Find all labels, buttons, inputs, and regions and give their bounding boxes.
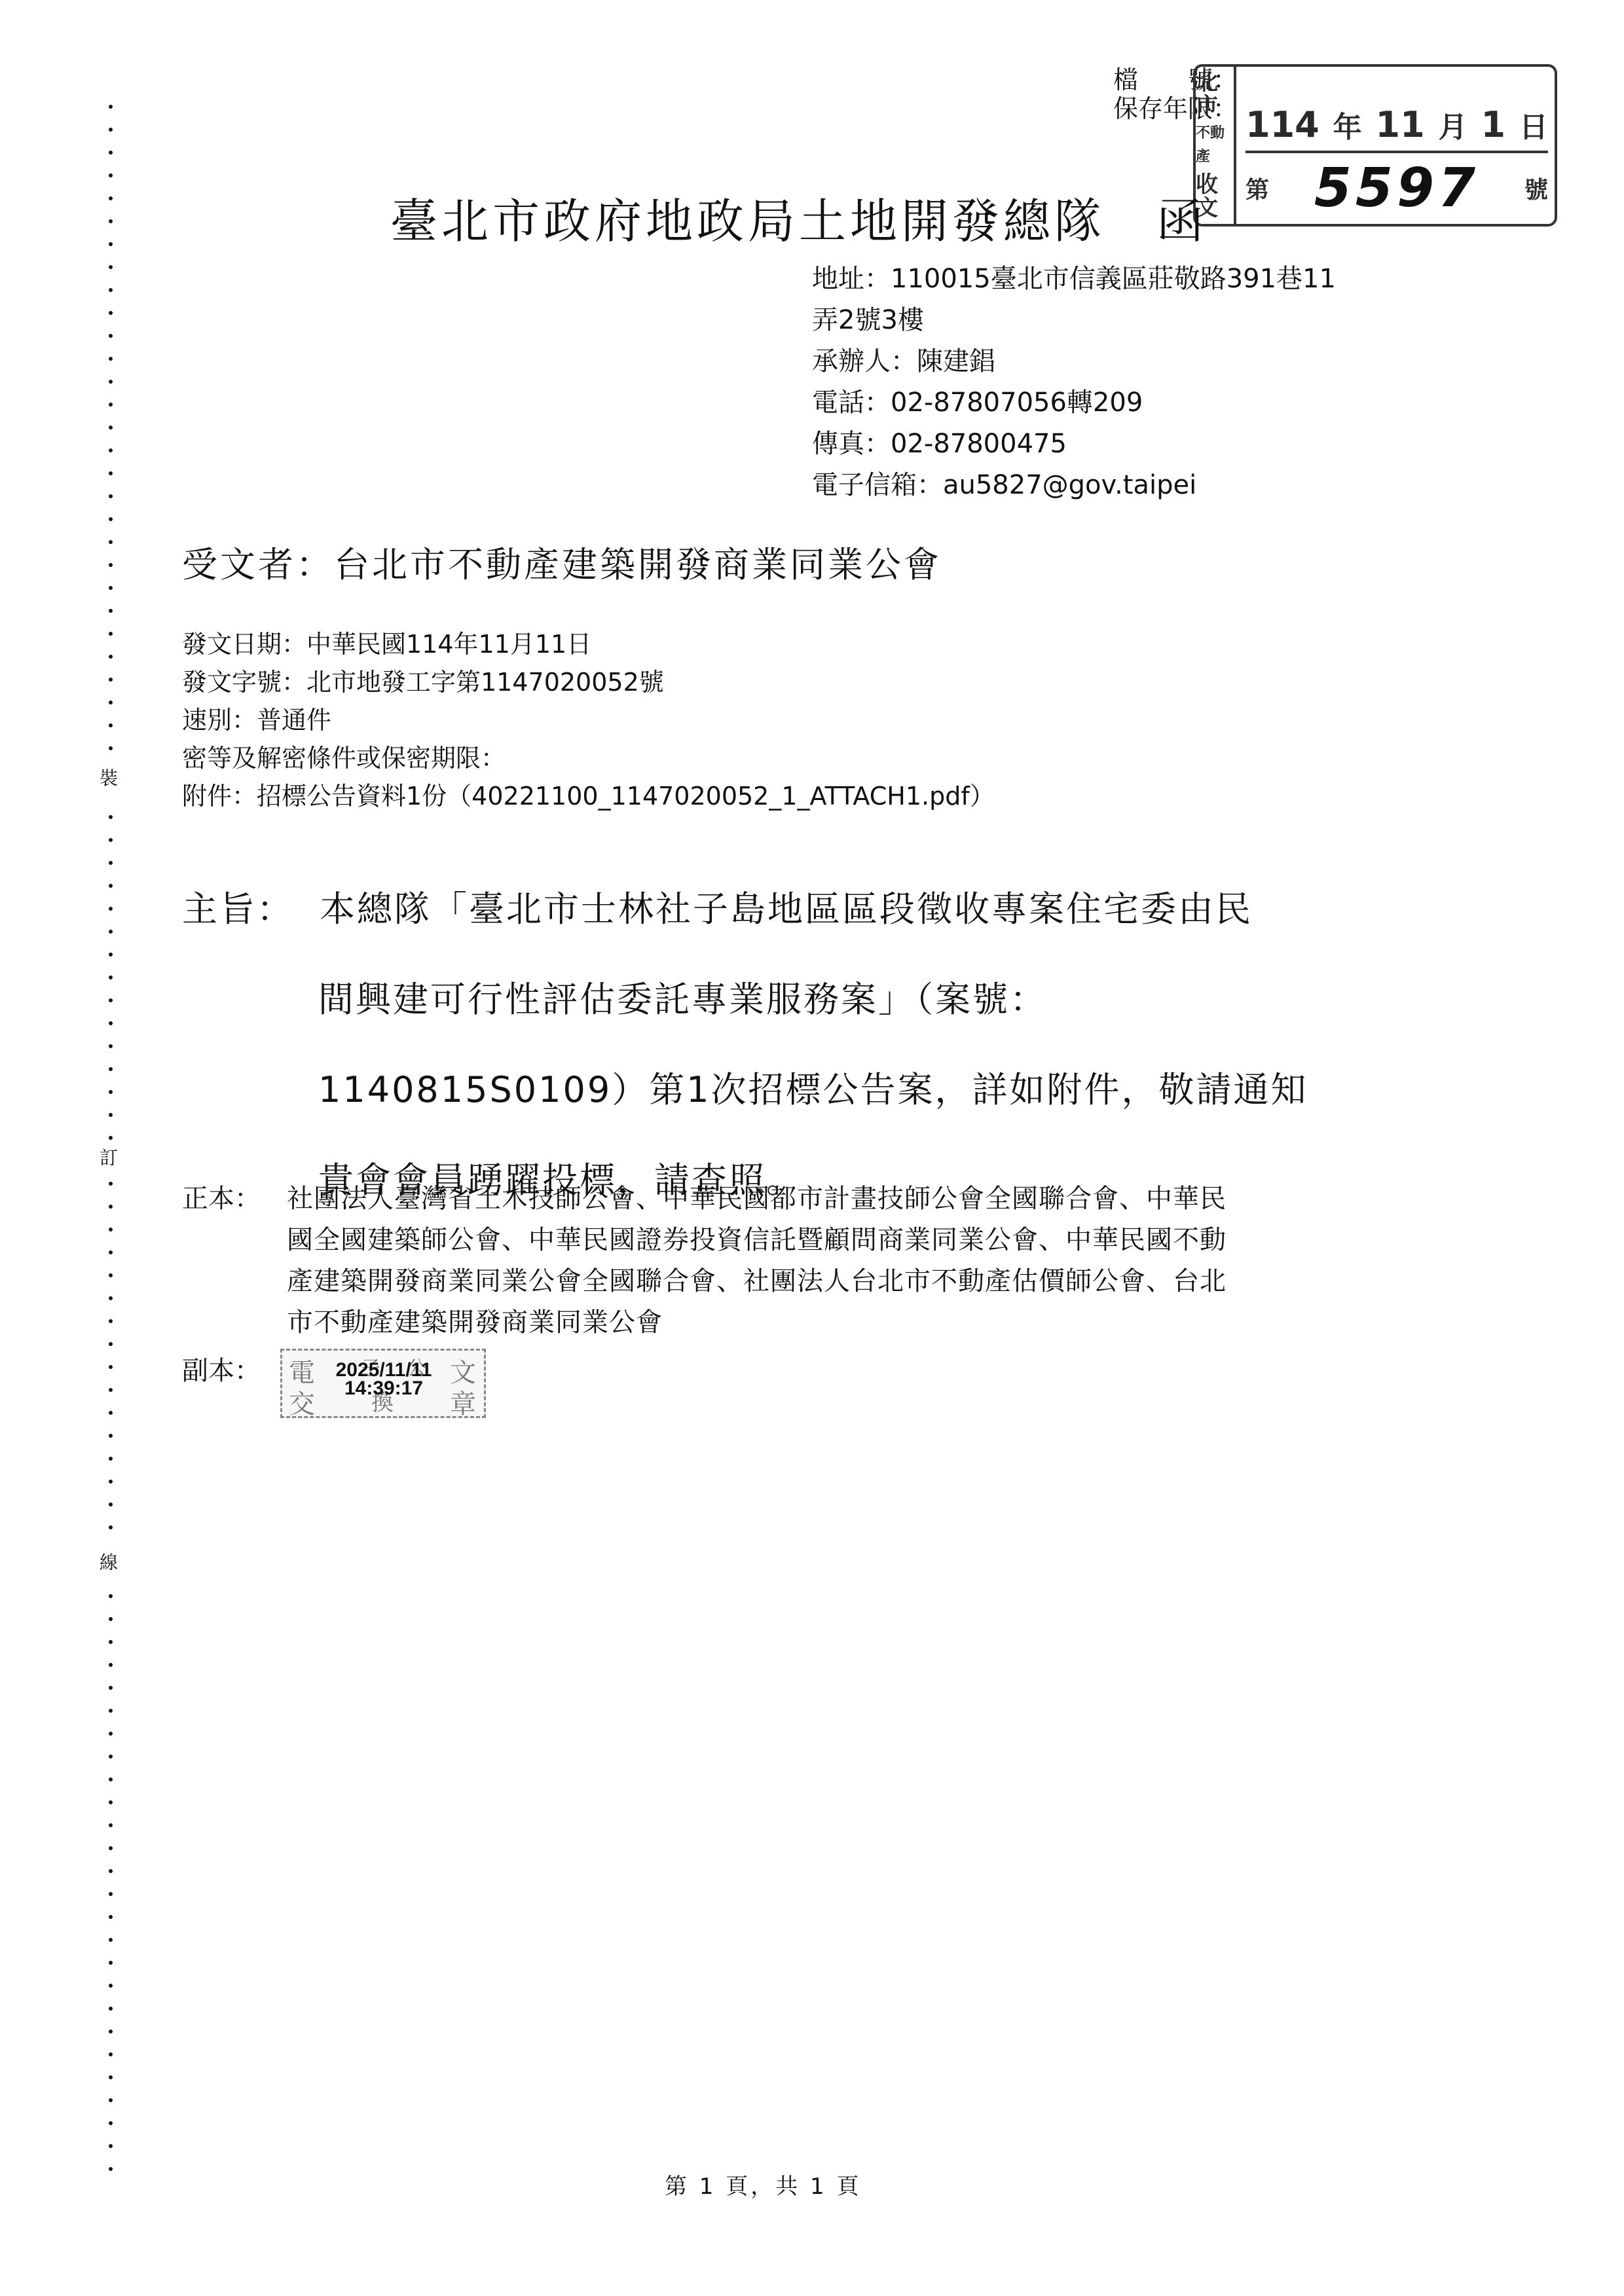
stamp-day-unit: 日 (1519, 103, 1548, 145)
binding-char-xian: 線 (100, 1552, 118, 1574)
stamp-handwritten-number: 5597 (1314, 157, 1479, 219)
stamp-timestamp: 2025/11/11 14:39:17 (328, 1361, 439, 1398)
document-title: 臺北市政府地政局土地開發總隊 函 (390, 183, 1208, 251)
binding-dot (109, 288, 113, 292)
stamp-day: 1 (1481, 104, 1506, 145)
binding-dot (109, 1961, 113, 1965)
fax: 傳真：02-87800475 (812, 424, 1336, 465)
binding-dot (109, 2007, 113, 2011)
speed-category: 速別：普通件 (182, 701, 995, 739)
binding-dot (109, 2030, 113, 2033)
binding-dot (109, 815, 113, 819)
binding-dot (109, 723, 113, 727)
binding-dot (109, 655, 113, 659)
binding-dot (109, 1113, 113, 1117)
page-number: 第 1 頁，共 1 頁 (665, 2168, 862, 2200)
address-line-1: 地址：110015臺北市信義區莊敬路391巷11 (812, 259, 1336, 300)
binding-char-ding: 訂 (100, 1147, 118, 1169)
binding-char-zhuang: 裝 (100, 767, 118, 790)
binding-dot (109, 1617, 113, 1621)
binding-dot (109, 1938, 113, 1942)
binding-dot (109, 1250, 113, 1254)
stamp-year-unit: 年 (1333, 103, 1362, 145)
binding-dot (109, 746, 113, 750)
issue-date: 發文日期：中華民國114年11月11日 (182, 625, 995, 663)
secrecy-level: 密等及解密條件或保密期限： (182, 739, 995, 777)
receipt-stamp: 北市 不動產 收文 114 年 11 月 1 日 第 5597 號 (1193, 64, 1557, 227)
subject-line: 本總隊「臺北市士林社子島地區區段徵收專案住宅委由民 (320, 864, 1253, 955)
binding-dot (109, 2144, 113, 2148)
binding-dot (109, 1021, 113, 1025)
e-document-exchange-stamp: 電 子 公 文 交 換 章 2025/11/11 14:39:17 (280, 1349, 486, 1418)
binding-dot (109, 1182, 113, 1186)
stamp-month-unit: 月 (1439, 103, 1467, 145)
binding-dot (109, 838, 113, 842)
binding-dot (109, 1663, 113, 1667)
binding-dot (109, 1846, 113, 1850)
binding-dot (109, 1800, 113, 1804)
stamp-org-top: 北市 (1196, 71, 1234, 118)
binding-dot (109, 219, 113, 223)
binding-dot (109, 1869, 113, 1873)
binding-dot (109, 586, 113, 590)
stamp-date: 2025/11/11 (328, 1361, 439, 1379)
stamp-time: 14:39:17 (328, 1379, 439, 1398)
document-meta: 發文日期：中華民國114年11月11日 發文字號：北市地發工字第11470200… (182, 625, 995, 815)
binding-dot (109, 448, 113, 452)
original-label: 正本： (182, 1178, 261, 1220)
binding-dot (109, 1755, 113, 1758)
stamp-date: 114 年 11 月 1 日 (1246, 86, 1548, 153)
stamp-org-mid: 不動產 (1196, 122, 1234, 169)
binding-dot (109, 128, 113, 132)
binding-dot (109, 2167, 113, 2171)
binding-dot (109, 907, 113, 911)
binding-dot (109, 540, 113, 544)
binding-dot (109, 105, 113, 109)
binding-dot (109, 1365, 113, 1369)
binding-dot (109, 1457, 113, 1461)
binding-dot (109, 2121, 113, 2125)
binding-dot (109, 998, 113, 1002)
binding-dot (109, 1480, 113, 1484)
original-recipients-line: 產建築開發商業同業公會全國聯合會、社團法人台北市不動產估價師公會、台北 (287, 1261, 1227, 1302)
binding-dot (109, 1777, 113, 1781)
binding-dot (109, 1892, 113, 1896)
stamp-char: 章 (450, 1383, 476, 1421)
binding-dot (109, 563, 113, 567)
binding-dot (109, 884, 113, 888)
binding-dot (109, 678, 113, 682)
document-number: 發文字號：北市地發工字第1147020052號 (182, 663, 995, 701)
binding-dot (109, 1525, 113, 1529)
binding-margin: 裝 訂 線 (98, 98, 124, 2180)
binding-dot (109, 1503, 113, 1506)
binding-dot (109, 1228, 113, 1231)
binding-dot (109, 930, 113, 934)
binding-dot (109, 196, 113, 200)
binding-dot (109, 517, 113, 521)
binding-dot (109, 1388, 113, 1392)
binding-dot (109, 1136, 113, 1140)
binding-dot (109, 471, 113, 475)
binding-dot (109, 1273, 113, 1277)
binding-dot (109, 1067, 113, 1071)
binding-dot (109, 975, 113, 979)
binding-dot (109, 403, 113, 407)
original-recipients-line: 市不動產建築開發商業同業公會 (287, 1302, 663, 1343)
email: 電子信箱：au5827@gov.taipei (812, 465, 1336, 506)
binding-dot (109, 1090, 113, 1094)
binding-dot (109, 1709, 113, 1713)
subject-label: 主旨： (182, 864, 294, 955)
binding-dot (109, 609, 113, 613)
attachment: 附件：招標公告資料1份（40221100_1147020052_1_ATTACH… (182, 777, 995, 815)
binding-dot (109, 2075, 113, 2079)
binding-dot (109, 1205, 113, 1209)
binding-dot (109, 2098, 113, 2102)
binding-dot (109, 701, 113, 704)
stamp-no-prefix: 第 (1246, 172, 1269, 205)
phone: 電話：02-87807056轉209 (812, 382, 1336, 424)
binding-dot (109, 1342, 113, 1346)
binding-dot (109, 1319, 113, 1323)
stamp-no-suffix: 號 (1524, 172, 1548, 205)
binding-dot (109, 953, 113, 957)
binding-dot (109, 173, 113, 177)
binding-dot (109, 311, 113, 315)
binding-dot (109, 1732, 113, 1736)
binding-dot (109, 357, 113, 361)
binding-dot (109, 1686, 113, 1690)
stamp-char: 交 (289, 1383, 315, 1421)
binding-dot (109, 265, 113, 269)
subject-line: 間興建可行性評估委託專業服務案」（案號： (318, 955, 1047, 1045)
stamp-number-row: 第 5597 號 (1246, 158, 1548, 217)
binding-dot (109, 861, 113, 865)
binding-dot (109, 2052, 113, 2056)
address-line-2: 弄2號3樓 (812, 300, 1336, 341)
stamp-month: 11 (1376, 104, 1425, 145)
handler: 承辦人：陳建錩 (812, 341, 1336, 382)
binding-dot (109, 334, 113, 338)
binding-dot (109, 1823, 113, 1827)
original-recipients-line: 國全國建築師公會、中華民國證券投資信託暨顧問商業同業公會、中華民國不動 (287, 1220, 1227, 1261)
contact-block: 地址：110015臺北市信義區莊敬路391巷11 弄2號3樓 承辦人：陳建錩 電… (812, 259, 1336, 506)
binding-dot (109, 242, 113, 246)
subject-line: 1140815S0109）第1次招標公告案，詳如附件，敬請通知 (318, 1045, 1308, 1135)
binding-dot (109, 1915, 113, 1919)
binding-dot (109, 1984, 113, 1988)
binding-dot (109, 1411, 113, 1415)
stamp-year: 114 (1246, 104, 1319, 145)
binding-dot (109, 426, 113, 429)
binding-dot (109, 1640, 113, 1644)
recipient: 受文者：台北市不動產建築開發商業同業公會 (182, 537, 942, 587)
cc-label: 副本： (182, 1350, 261, 1387)
binding-dot (109, 494, 113, 498)
binding-dot (109, 1594, 113, 1598)
binding-dot (109, 1044, 113, 1048)
binding-dot (109, 151, 113, 155)
binding-dot (109, 1434, 113, 1438)
binding-dot (109, 380, 113, 384)
binding-dot (109, 632, 113, 636)
original-recipients-line: 社團法人臺灣省土木技師公會、中華民國都市計畫技師公會全國聯合會、中華民 (287, 1178, 1227, 1220)
binding-dot (109, 1296, 113, 1300)
